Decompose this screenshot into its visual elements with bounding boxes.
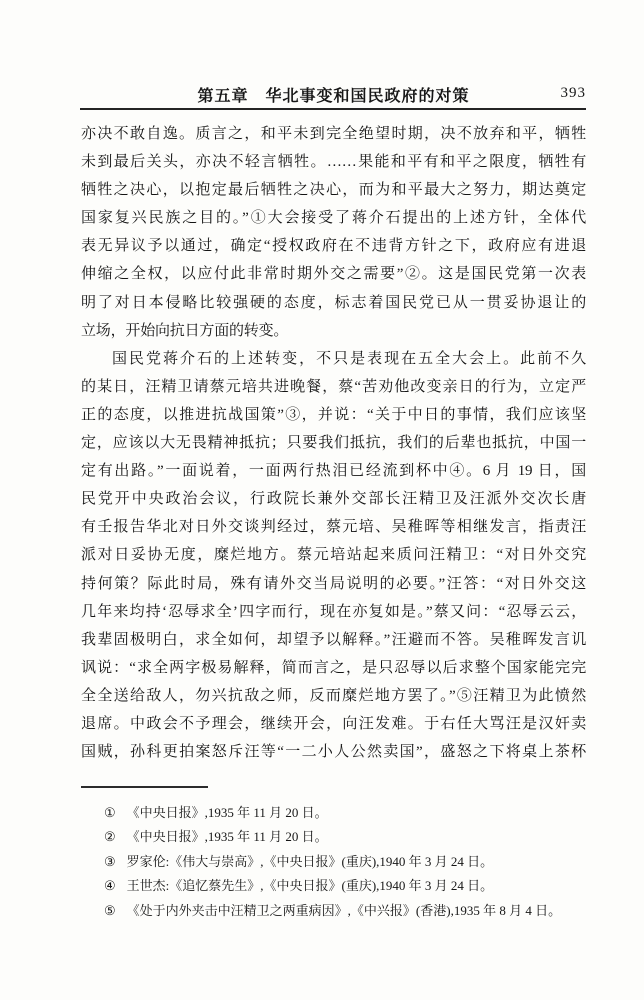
body-text: 亦决不敢自逸。质言之，和平未到完全绝望时期，决不放弃和平，牺牲 未到最后关头，亦… <box>81 120 586 766</box>
footnote-marker: ② <box>81 825 116 849</box>
body-line: 定，应该以大无畏精神抵抗；只要我们抵抗，我们的后辈也抵抗，中国一 <box>81 429 586 457</box>
body-line: 的某日，汪精卫请蔡元培共进晚餐，蔡“苦劝他改变亲日的行为，立定严 <box>81 373 586 401</box>
body-line: 国贼，孙科更拍案怒斥汪等“一二小人公然卖国”，盛怒之下将桌上茶杯 <box>81 738 586 766</box>
body-line: 定有出路。”一面说着，一面两行热泪已经流到杯中④。6 月 19 日，国 <box>81 457 586 485</box>
body-line-paragraph-start: 国民党蒋介石的上述转变，不只是表现在五全大会上。此前不久 <box>81 345 586 373</box>
body-line: 讽说：“求全两字极易解释，简而言之，是只忍辱以后求整个国家能完完 <box>81 654 586 682</box>
body-line: 未到最后关头，亦决不轻言牺牲。……果能和平有和平之限度，牺牲有 <box>81 148 586 176</box>
footnote-marker: ① <box>81 801 116 825</box>
body-line: 牺牲之决心，以抱定最后牺牲之决心，而为和平最大之努力，期达奠定 <box>81 176 586 204</box>
book-page: 第五章 华北事变和国民政府的对策 393 亦决不敢自逸。质言之，和平未到完全绝望… <box>0 0 644 1000</box>
body-line: 全全送给敌人，勿兴抗敌之师，反而糜烂地方罢了。”⑤汪精卫为此愤然 <box>81 682 586 710</box>
footnote-text: 《中央日报》,1935 年 11 月 20 日。 <box>127 801 586 825</box>
footnote-2: ② 《中央日报》,1935 年 11 月 20 日。 <box>81 825 586 849</box>
header-rule <box>80 108 586 110</box>
body-line: 退席。中政会不予理会，继续开会，向汪发难。于右任大骂汪是汉奸卖 <box>81 710 586 738</box>
footnote-5: ⑤ 《处于内外夹击中汪精卫之两重病因》,《中兴报》(香港),1935 年 8 月… <box>81 899 586 923</box>
footnote-text: 罗家伦:《伟大与崇高》,《中央日报》(重庆),1940 年 3 月 24 日。 <box>127 850 586 874</box>
footnote-text: 《处于内外夹击中汪精卫之两重病因》,《中兴报》(香港),1935 年 8 月 4… <box>127 899 586 923</box>
body-line: 伸缩之全权，以应付此非常时期外交之需要”②。这是国民党第一次表 <box>81 260 586 288</box>
body-line: 民党开中央政治会议，行政院长兼外交部长汪精卫及汪派外交次长唐 <box>81 485 586 513</box>
body-line: 持何策？际此时局，殊有请外交当局说明的必要。”汪答：“对日外交这 <box>81 570 586 598</box>
footnote-text: 《中央日报》,1935 年 11 月 20 日。 <box>127 825 586 849</box>
footnote-4: ④ 王世杰:《追忆蔡先生》,《中央日报》(重庆),1940 年 3 月 24 日… <box>81 874 586 898</box>
footnote-separator-rule <box>81 786 208 788</box>
body-line: 几年来均持‘忍辱求全’四字而行，现在亦复如是。”蔡又问：“忍辱云云， <box>81 598 586 626</box>
page-number: 393 <box>561 85 587 102</box>
footnote-marker: ④ <box>81 874 116 898</box>
body-line: 表无异议予以通过，确定“授权政府在不违背方针之下，政府应有进退 <box>81 232 586 260</box>
body-line: 我辈固极明白，求全如何，却望予以解释。”汪避而不答。吴稚晖发言讥 <box>81 626 586 654</box>
body-line: 派对日妥协无度，糜烂地方。蔡元培站起来质问汪精卫：“对日外交究 <box>81 541 586 569</box>
body-line: 有壬报告华北对日外交谈判经过，蔡元培、吴稚晖等相继发言，指责汪 <box>81 513 586 541</box>
body-line: 正的态度，以推进抗战国策”③，并说：“关于中日的事情，我们应该坚 <box>81 401 586 429</box>
chapter-title: 第五章 华北事变和国民政府的对策 <box>81 83 586 106</box>
footnote-1: ① 《中央日报》,1935 年 11 月 20 日。 <box>81 801 586 825</box>
body-line: 亦决不敢自逸。质言之，和平未到完全绝望时期，决不放弃和平，牺牲 <box>81 120 586 148</box>
footnote-marker: ③ <box>81 850 116 874</box>
running-head: 第五章 华北事变和国民政府的对策 393 <box>81 83 586 105</box>
footnote-3: ③ 罗家伦:《伟大与崇高》,《中央日报》(重庆),1940 年 3 月 24 日… <box>81 850 586 874</box>
footnote-marker: ⑤ <box>81 899 116 923</box>
body-line-paragraph-end: 立场，开始向抗日方面的转变。 <box>81 317 586 345</box>
body-line: 国家复兴民族之目的。”①大会接受了蒋介石提出的上述方针，全体代 <box>81 204 586 232</box>
footnotes: ① 《中央日报》,1935 年 11 月 20 日。 ② 《中央日报》,1935… <box>81 801 586 923</box>
footnote-text: 王世杰:《追忆蔡先生》,《中央日报》(重庆),1940 年 3 月 24 日。 <box>127 874 586 898</box>
body-line: 明了对日本侵略比较强硬的态度，标志着国民党已从一贯妥协退让的 <box>81 289 586 317</box>
